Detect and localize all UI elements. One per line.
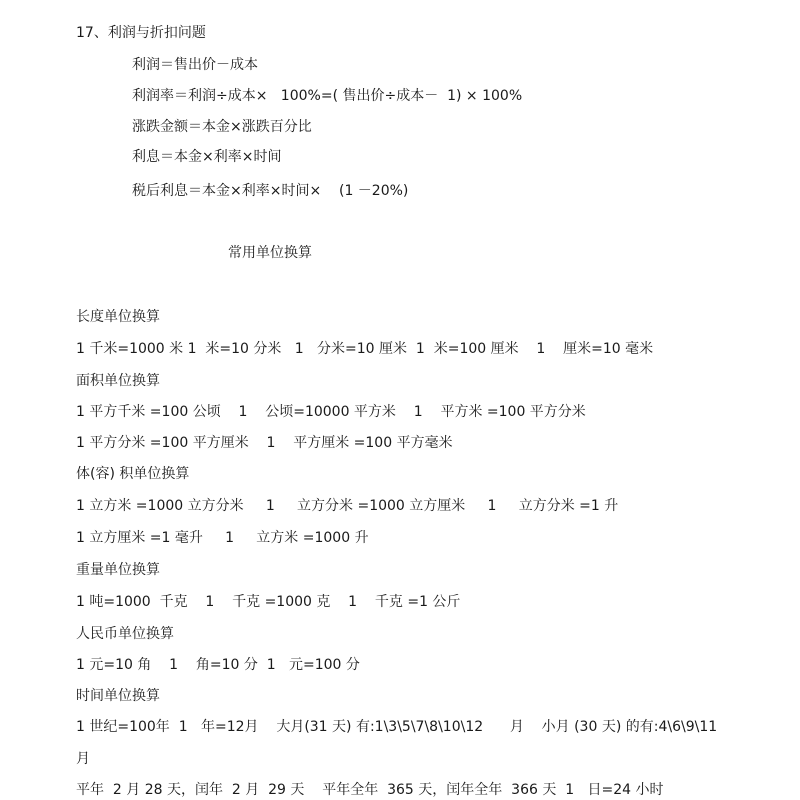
units-title: 常用单位换算	[228, 244, 312, 262]
formula-profit-rate: 利润率＝利润÷成本× 100%=( 售出价÷成本－ 1) × 100%	[132, 87, 522, 105]
length-line-1: 1 千米=1000 米 1 米=10 分米 1 分米=10 厘米 1 米=100…	[76, 340, 653, 358]
currency-heading: 人民币单位换算	[76, 625, 174, 643]
formula-change-amount: 涨跌金额＝本金×涨跌百分比	[132, 118, 312, 136]
section-17-title: 17、利润与折扣问题	[76, 24, 206, 42]
time-line-2: 月	[76, 750, 90, 768]
currency-line-1: 1 元=10 角 1 角=10 分 1 元=100 分	[76, 656, 360, 674]
formula-after-tax-interest: 税后利息＝本金×利率×时间× (1 －20%)	[132, 182, 408, 200]
formula-profit: 利润＝售出价－成本	[132, 56, 258, 74]
area-heading: 面积单位换算	[76, 372, 160, 390]
formula-interest: 利息＝本金×利率×时间	[132, 148, 281, 166]
area-line-2: 1 平方分米 =100 平方厘米 1 平方厘米 =100 平方毫米	[76, 434, 453, 452]
volume-line-1: 1 立方米 =1000 立方分米 1 立方分米 =1000 立方厘米 1 立方分…	[76, 497, 618, 515]
volume-line-2: 1 立方厘米 =1 毫升 1 立方米 =1000 升	[76, 529, 369, 547]
length-heading: 长度单位换算	[76, 308, 160, 326]
time-line-1: 1 世纪=100年 1 年=12月 大月(31 天) 有:1\3\5\7\8\1…	[76, 718, 717, 736]
time-line-3: 平年 2 月 28 天，闰年 2 月 29 天 平年全年 365 天，闰年全年 …	[76, 781, 664, 799]
area-line-1: 1 平方千米 =100 公顷 1 公顷=10000 平方米 1 平方米 =100…	[76, 403, 586, 421]
volume-heading: 体(容) 积单位换算	[76, 465, 189, 483]
weight-line-1: 1 吨=1000 千克 1 千克 =1000 克 1 千克 =1 公斤	[76, 593, 460, 611]
time-heading: 时间单位换算	[76, 687, 160, 705]
weight-heading: 重量单位换算	[76, 561, 160, 579]
